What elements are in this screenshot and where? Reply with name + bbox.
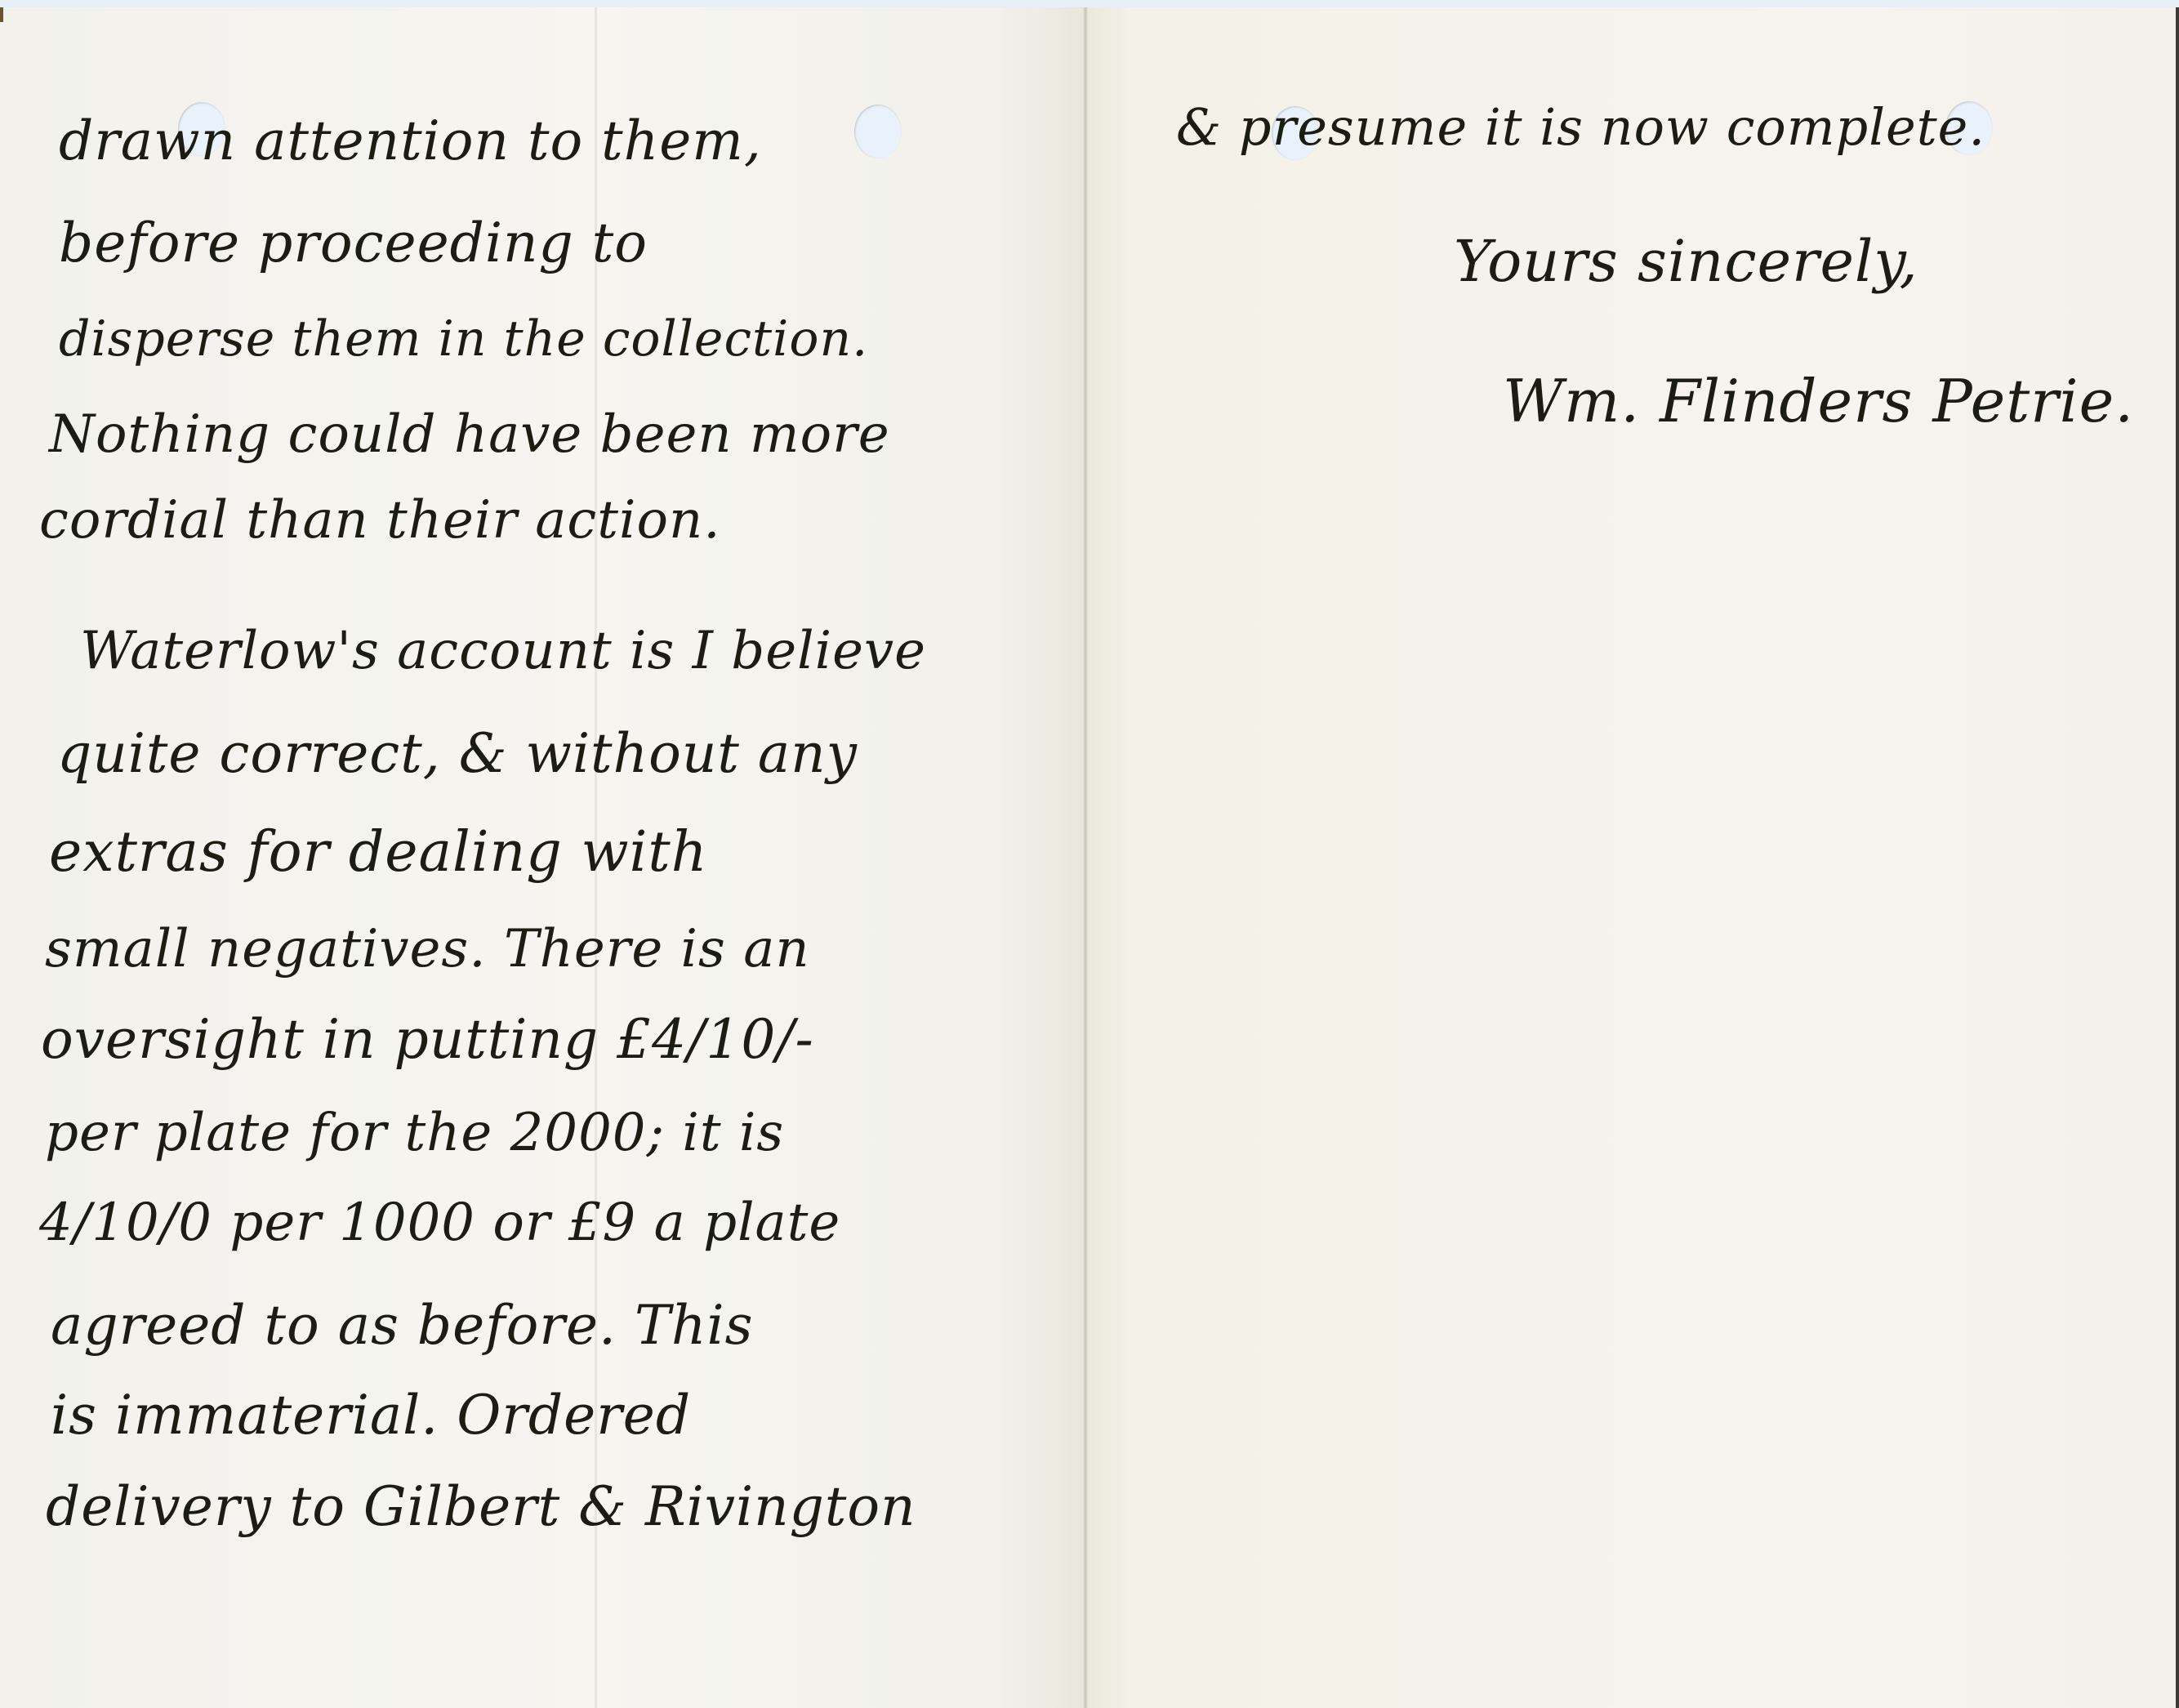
letter-line: is immaterial. Ordered [51,1389,691,1443]
letter-continuation-line: & presume it is now complete. [1176,102,1985,153]
letter-line: Nothing could have been more [49,408,890,461]
scanner-background-strip [0,0,2179,7]
letter-line: disperse them in the collection. [59,314,868,363]
letter-line: oversight in putting £4/10/- [41,1013,814,1067]
letter-line: small negatives. There is an [45,923,810,975]
letter-line: quite correct, & without any [57,727,858,781]
letter-line: drawn attention to them, [59,114,762,168]
letter-line: Waterlow's account is I believe [80,625,926,677]
letter-line: 4/10/0 per 1000 or £9 a plate [39,1197,840,1249]
letter-signature: Wm. Flinders Petrie. [1503,372,2134,430]
page-edge-mark [0,7,3,22]
letter-line: agreed to as before. This [51,1299,753,1353]
page-fold [1083,7,1088,1708]
letter-line: extras for dealing with [49,825,708,881]
letter-line: per plate for the 2000; it is [45,1107,784,1159]
letter-closing: Yours sincerely, [1454,233,1918,290]
punch-hole-2 [854,105,902,158]
letter-line: cordial than their action. [39,494,721,546]
letter-line: delivery to Gilbert & Rivington [46,1480,916,1534]
letter-line: before proceeding to [59,216,648,270]
